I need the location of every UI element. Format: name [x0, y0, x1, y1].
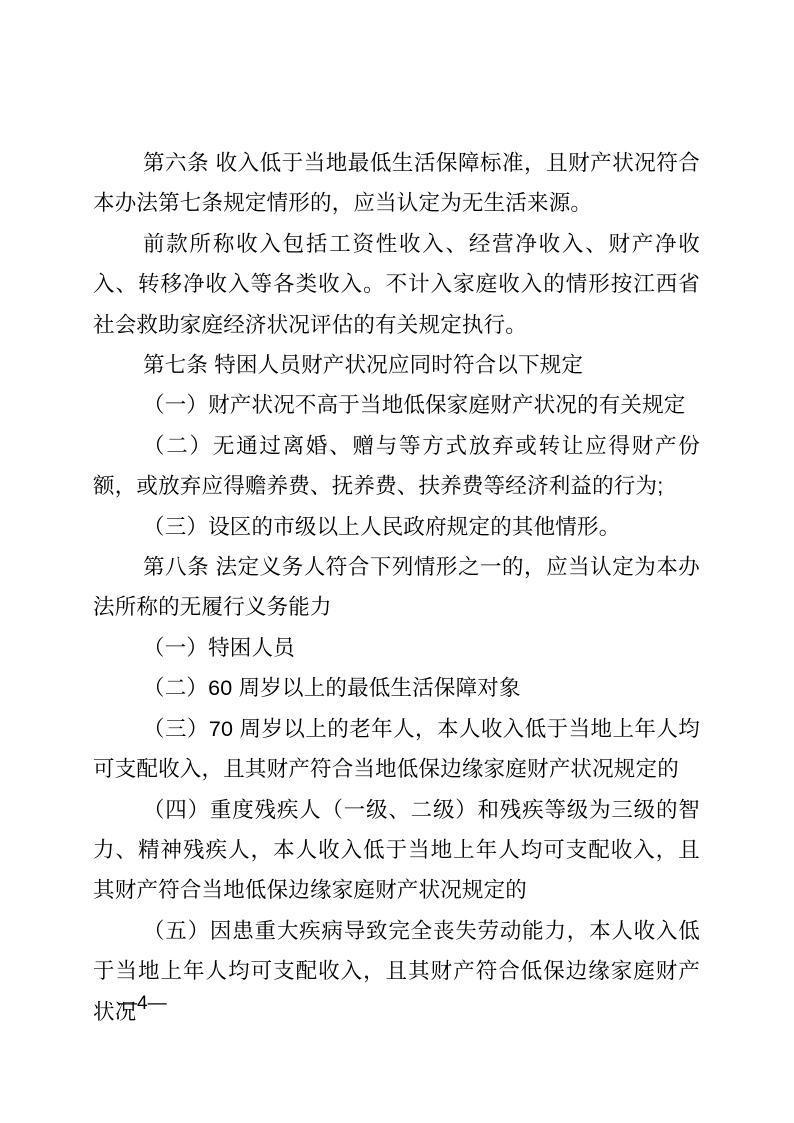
paragraph-article-7-intro: 第七条 特困人员财产状况应同时符合以下规定: [93, 345, 700, 385]
page-number: —4—: [118, 992, 167, 1016]
paragraph-article-8-item-3: （三）70 周岁以上的老年人，本人收入低于当地上年人均可支配收入，且其财产符合当…: [93, 709, 700, 790]
document-body: 第六条 收入低于当地最低生活保障标准，且财产状况符合本办法第七条规定情形的，应当…: [93, 143, 700, 1032]
paragraph-article-7-item-3: （三）设区的市级以上人民政府规定的其他情形。: [93, 507, 700, 547]
paragraph-article-8-intro: 第八条 法定义务人符合下列情形之一的，应当认定为本办法所称的无履行义务能力: [93, 547, 700, 628]
paragraph-article-8-item-1: （一）特困人员: [93, 628, 700, 668]
paragraph-article-6-income-definition: 前款所称收入包括工资性收入、经营净收入、财产净收入、转移净收入等各类收入。不计入…: [93, 224, 700, 345]
paragraph-article-6-clause: 第六条 收入低于当地最低生活保障标准，且财产状况符合本办法第七条规定情形的，应当…: [93, 143, 700, 224]
document-page: 第六条 收入低于当地最低生活保障标准，且财产状况符合本办法第七条规定情形的，应当…: [0, 0, 794, 1123]
paragraph-article-8-item-5: （五）因患重大疾病导致完全丧失劳动能力，本人收入低于当地上年人均可支配收入，且其…: [93, 911, 700, 1032]
paragraph-article-7-item-1: （一）财产状况不高于当地低保家庭财产状况的有关规定: [93, 385, 700, 425]
paragraph-article-8-item-4: （四）重度残疾人（一级、二级）和残疾等级为三级的智力、精神残疾人，本人收入低于当…: [93, 790, 700, 911]
paragraph-article-8-item-2: （二）60 周岁以上的最低生活保障对象: [93, 668, 700, 708]
paragraph-article-7-item-2: （二）无通过离婚、赠与等方式放弃或转让应得财产份额，或放弃应得赡养费、抚养费、扶…: [93, 426, 700, 507]
